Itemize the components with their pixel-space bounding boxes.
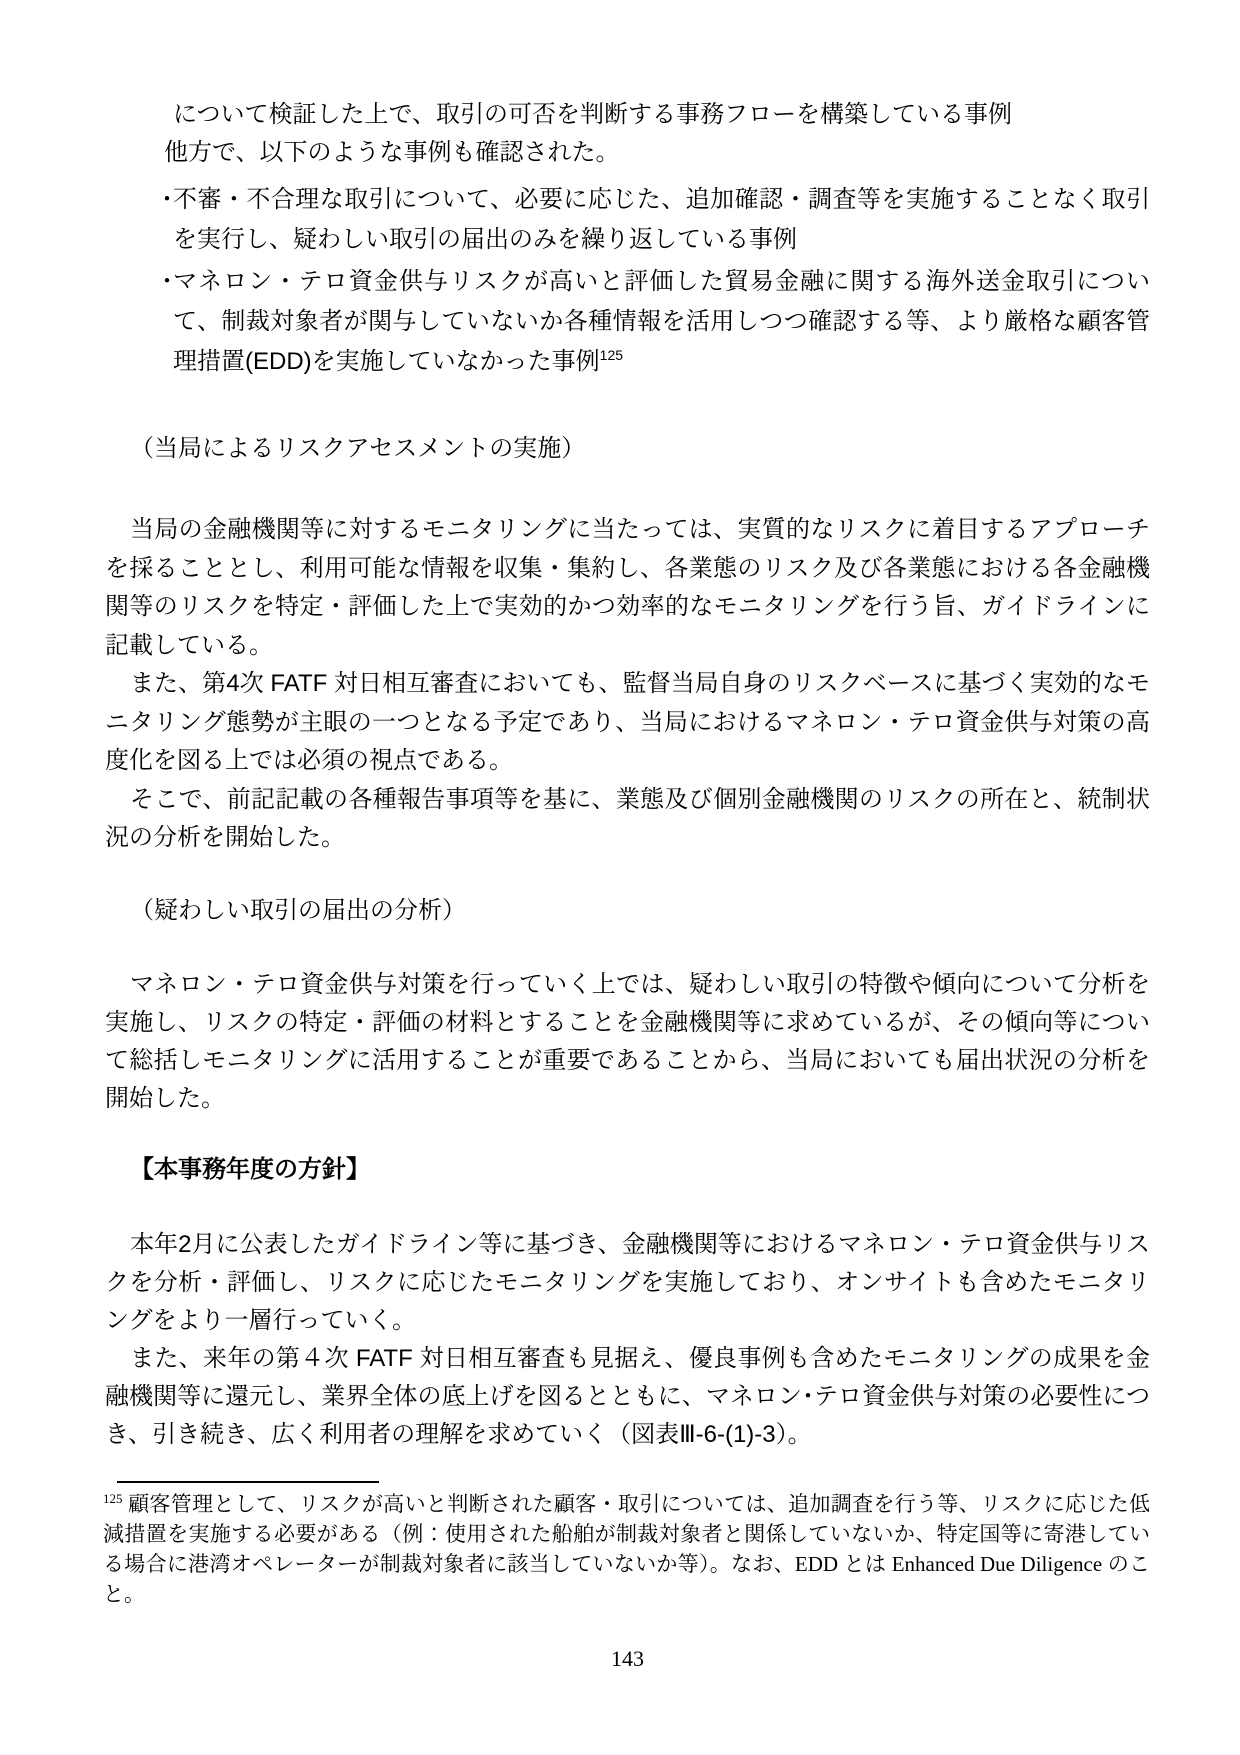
footnote-separator [117, 1481, 379, 1483]
paragraph: そこで、前記記載の各種報告事項等を基に、業態及び個別金融機関のリスクの所在と、統… [105, 781, 1150, 858]
paragraph: 本年2月に公表したガイドライン等に基づき、金融機関等におけるマネロン・テロ資金供… [105, 1226, 1150, 1340]
bullet-marker: ・ [155, 180, 179, 220]
page-number: 143 [105, 1645, 1150, 1673]
section-heading-risk-assessment: （当局によるリスクアセスメントの実施） [105, 430, 1150, 468]
paragraph: また、来年の第４次 FATF 対日相互審査も見据え、優良事例も含めたモニタリング… [105, 1340, 1150, 1454]
bullet-list: ・不審・不合理な取引について、必要に応じた、追加確認・調査等を実施することなく取… [105, 180, 1150, 382]
footnote-ref: 125 [600, 347, 623, 363]
paragraph: 当局の金融機関等に対するモニタリングに当たっては、実質的なリスクに着目するアプロ… [105, 511, 1150, 665]
paragraph: また、第4次 FATF 対日相互審査においても、監督当局自身のリスクベースに基づ… [105, 665, 1150, 781]
section-heading-str-analysis: （疑わしい取引の届出の分析） [105, 892, 1150, 930]
bullet-marker: ・ [155, 262, 179, 302]
bullet-item: ・マネロン・テロ資金供与リスクが高いと評価した貿易金融に関する海外送金取引につい… [105, 262, 1150, 382]
paragraph: マネロン・テロ資金供与対策を行っていく上では、疑わしい取引の特徴や傾向について分… [105, 966, 1150, 1118]
footnote-number: 125 [103, 1491, 123, 1506]
bullet-text: マネロン・テロ資金供与リスクが高いと評価した貿易金融に関する海外送金取引について… [173, 268, 1150, 375]
section-policy: 本年2月に公表したガイドライン等に基づき、金融機関等におけるマネロン・テロ資金供… [105, 1226, 1150, 1454]
continued-line: について検証した上で、取引の可否を判断する事務フローを構築している事例 [105, 96, 1150, 134]
section-risk-assessment: 当局の金融機関等に対するモニタリングに当たっては、実質的なリスクに着目するアプロ… [105, 511, 1150, 858]
footnote-text: 顧客管理として、リスクが高いと判断された顧客・取引については、追加調査を行う等、… [103, 1492, 1150, 1606]
bullet-text: 不審・不合理な取引について、必要に応じた、追加確認・調査等を実施することなく取引… [173, 186, 1150, 253]
document-page: について検証した上で、取引の可否を判断する事務フローを構築している事例 他方で、… [0, 0, 1240, 1755]
section-heading-policy: 【本事務年度の方針】 [105, 1151, 1150, 1189]
section-str-analysis: マネロン・テロ資金供与対策を行っていく上では、疑わしい取引の特徴や傾向について分… [105, 966, 1150, 1118]
intro-line: 他方で、以下のような事例も確認された。 [105, 134, 1150, 172]
bullet-item: ・不審・不合理な取引について、必要に応じた、追加確認・調査等を実施することなく取… [105, 180, 1150, 260]
footnote: 125 顧客管理として、リスクが高いと判断された顧客・取引については、追加調査を… [103, 1489, 1150, 1609]
document-content: について検証した上で、取引の可否を判断する事務フローを構築している事例 他方で、… [105, 0, 1150, 1673]
